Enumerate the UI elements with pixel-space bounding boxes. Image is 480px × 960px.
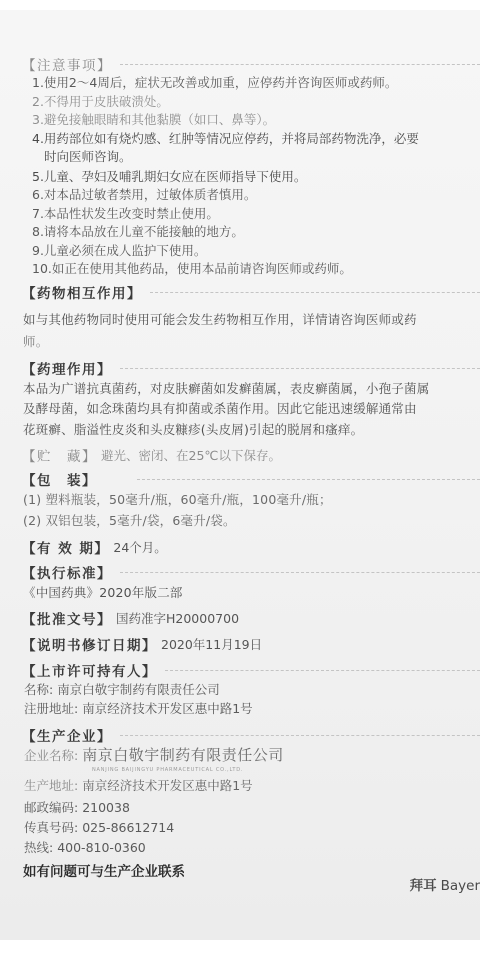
- pharmacology-header-label: 【药理作用】: [22, 358, 112, 378]
- license-holder-name: 名称: 南京白敬宇制药有限责任公司: [24, 680, 220, 698]
- precaution-item-7: 7.本品性状发生改变时禁止使用。: [32, 204, 219, 222]
- leaflet-page: 【注意事项】 1.使用2～4周后，症状无改善或加重，应停药并咨询医师或药师。 2…: [0, 10, 480, 940]
- pharmacology-line-1: 本品为广谱抗真菌药，对皮肤癣菌如发癣菌属，表皮癣菌属，小孢子菌属: [23, 379, 429, 397]
- packaging-line-2: (2) 双铝包装，5毫升/袋，6毫升/袋。: [23, 511, 236, 529]
- precaution-item-1: 1.使用2～4周后，症状无改善或加重，应停药并咨询医师或药师。: [32, 73, 397, 91]
- divider: [120, 572, 480, 573]
- precaution-item-9: 9.儿童必须在成人监护下使用。: [32, 241, 206, 259]
- manufacturer-address: 生产地址: 南京经济技术开发区惠中路1号: [24, 776, 253, 794]
- standard-header: 【执行标准】: [22, 562, 480, 582]
- postcode-label: 邮政编码:: [24, 800, 78, 815]
- precautions-header-label: 【注意事项】: [22, 54, 112, 74]
- packaging-line-1: (1) 塑料瓶装，50毫升/瓶，60毫升/瓶，100毫升/瓶；: [23, 490, 332, 508]
- hotline-value: 400-810-0360: [57, 840, 146, 855]
- standard-header-label: 【执行标准】: [22, 562, 112, 582]
- divider: [165, 670, 480, 671]
- precaution-item-2: 2.不得用于皮肤破溃处。: [32, 92, 169, 110]
- precaution-item-3: 3.避免接触眼睛和其他黏膜（如口、鼻等）。: [32, 110, 275, 128]
- brand-logo: 拜耳Bayer: [410, 874, 480, 894]
- approval-header-label: 【批准文号】: [22, 608, 112, 628]
- divider: [137, 479, 480, 480]
- revision-value: 2020年11月19日: [161, 635, 262, 653]
- address-value: 南京经济技术开发区惠中路1号: [82, 701, 252, 716]
- divider: [120, 368, 480, 369]
- interactions-line-2: 师。: [23, 332, 48, 350]
- precaution-item-5: 5.儿童、孕妇及哺乳期妇女应在医师指导下使用。: [32, 167, 306, 185]
- postcode-value: 210038: [82, 800, 130, 815]
- precautions-header: 【注意事项】: [22, 54, 480, 74]
- precaution-item-8: 8.请将本品放在儿童不能接触的地方。: [32, 222, 244, 240]
- name-value: 南京白敬宇制药有限责任公司: [57, 682, 220, 697]
- pharmacology-header: 【药理作用】: [22, 358, 480, 378]
- name-label: 名称:: [24, 682, 53, 697]
- standard-value: 《中国药典》2020年版二部: [23, 583, 183, 601]
- license-holder-header-label: 【上市许可持有人】: [22, 660, 157, 680]
- precaution-item-4-cont: 时向医师咨询。: [44, 147, 132, 165]
- interactions-header: 【药物相互作用】: [22, 282, 480, 302]
- approval-value: 国药准字H20000700: [116, 609, 239, 627]
- storage-value: 避光、密闭、在25℃以下保存。: [101, 446, 281, 464]
- manufacturer-hotline: 热线: 400-810-0360: [24, 838, 146, 856]
- divider: [120, 735, 480, 736]
- company-value: 南京白敬宇制药有限责任公司: [82, 746, 284, 764]
- address-label: 生产地址:: [24, 778, 78, 793]
- manufacturer-company: 企业名称: 南京白敬宇制药有限责任公司: [24, 744, 284, 765]
- divider: [150, 292, 480, 293]
- precaution-item-10: 10.如正在使用其他药品，使用本品前请咨询医师或药师。: [32, 259, 352, 277]
- contact-note: 如有问题可与生产企业联系: [23, 860, 185, 880]
- storage-row: 【贮 藏】 避光、密闭、在25℃以下保存。: [22, 445, 480, 465]
- interactions-header-label: 【药物相互作用】: [22, 282, 142, 302]
- manufacturer-postcode: 邮政编码: 210038: [24, 798, 130, 816]
- precaution-item-6: 6.对本品过敏者禁用，过敏体质者慎用。: [32, 185, 256, 203]
- manufacturer-fax: 传真号码: 025-86612714: [24, 818, 174, 836]
- storage-header-label: 【贮 藏】: [22, 445, 97, 465]
- license-holder-address: 注册地址: 南京经济技术开发区惠中路1号: [24, 699, 253, 717]
- divider: [120, 64, 480, 65]
- revision-header-label: 【说明书修订日期】: [22, 634, 157, 654]
- validity-row: 【有 效 期】 24个月。: [22, 537, 480, 557]
- interactions-line-1: 如与其他药物同时使用可能会发生药物相互作用，详情请咨询医师或药: [23, 310, 417, 328]
- pharmacology-line-3: 花斑癣、脂溢性皮炎和头皮糠疹(头皮屑)引起的脱屑和瘙痒。: [23, 420, 363, 438]
- manufacturer-header-label: 【生产企业】: [22, 725, 112, 745]
- packaging-header: 【包 装】: [22, 469, 480, 489]
- address-value: 南京经济技术开发区惠中路1号: [82, 778, 252, 793]
- company-label: 企业名称:: [24, 748, 78, 763]
- packaging-header-label: 【包 装】: [22, 469, 97, 489]
- validity-header-label: 【有 效 期】: [22, 537, 109, 557]
- company-english-name: NANJING BAIJINGYU PHARMACEUTICAL CO.,LTD…: [92, 767, 243, 773]
- fax-label: 传真号码:: [24, 820, 78, 835]
- approval-row: 【批准文号】 国药准字H20000700: [22, 608, 480, 628]
- license-holder-header: 【上市许可持有人】: [22, 660, 480, 680]
- brand-english: Bayer: [441, 878, 480, 894]
- precaution-item-4: 4.用药部位如有烧灼感、红肿等情况应停药，并将局部药物洗净，必要: [32, 129, 419, 147]
- revision-row: 【说明书修订日期】 2020年11月19日: [22, 634, 480, 654]
- brand-chinese: 拜耳: [410, 878, 437, 894]
- manufacturer-header: 【生产企业】: [22, 725, 480, 745]
- pharmacology-line-2: 及酵母菌，如念珠菌均具有抑菌或杀菌作用。因此它能迅速缓解通常由: [23, 399, 417, 417]
- validity-value: 24个月。: [113, 538, 166, 556]
- address-label: 注册地址:: [24, 701, 78, 716]
- fax-value: 025-86612714: [82, 820, 174, 835]
- hotline-label: 热线:: [24, 840, 53, 855]
